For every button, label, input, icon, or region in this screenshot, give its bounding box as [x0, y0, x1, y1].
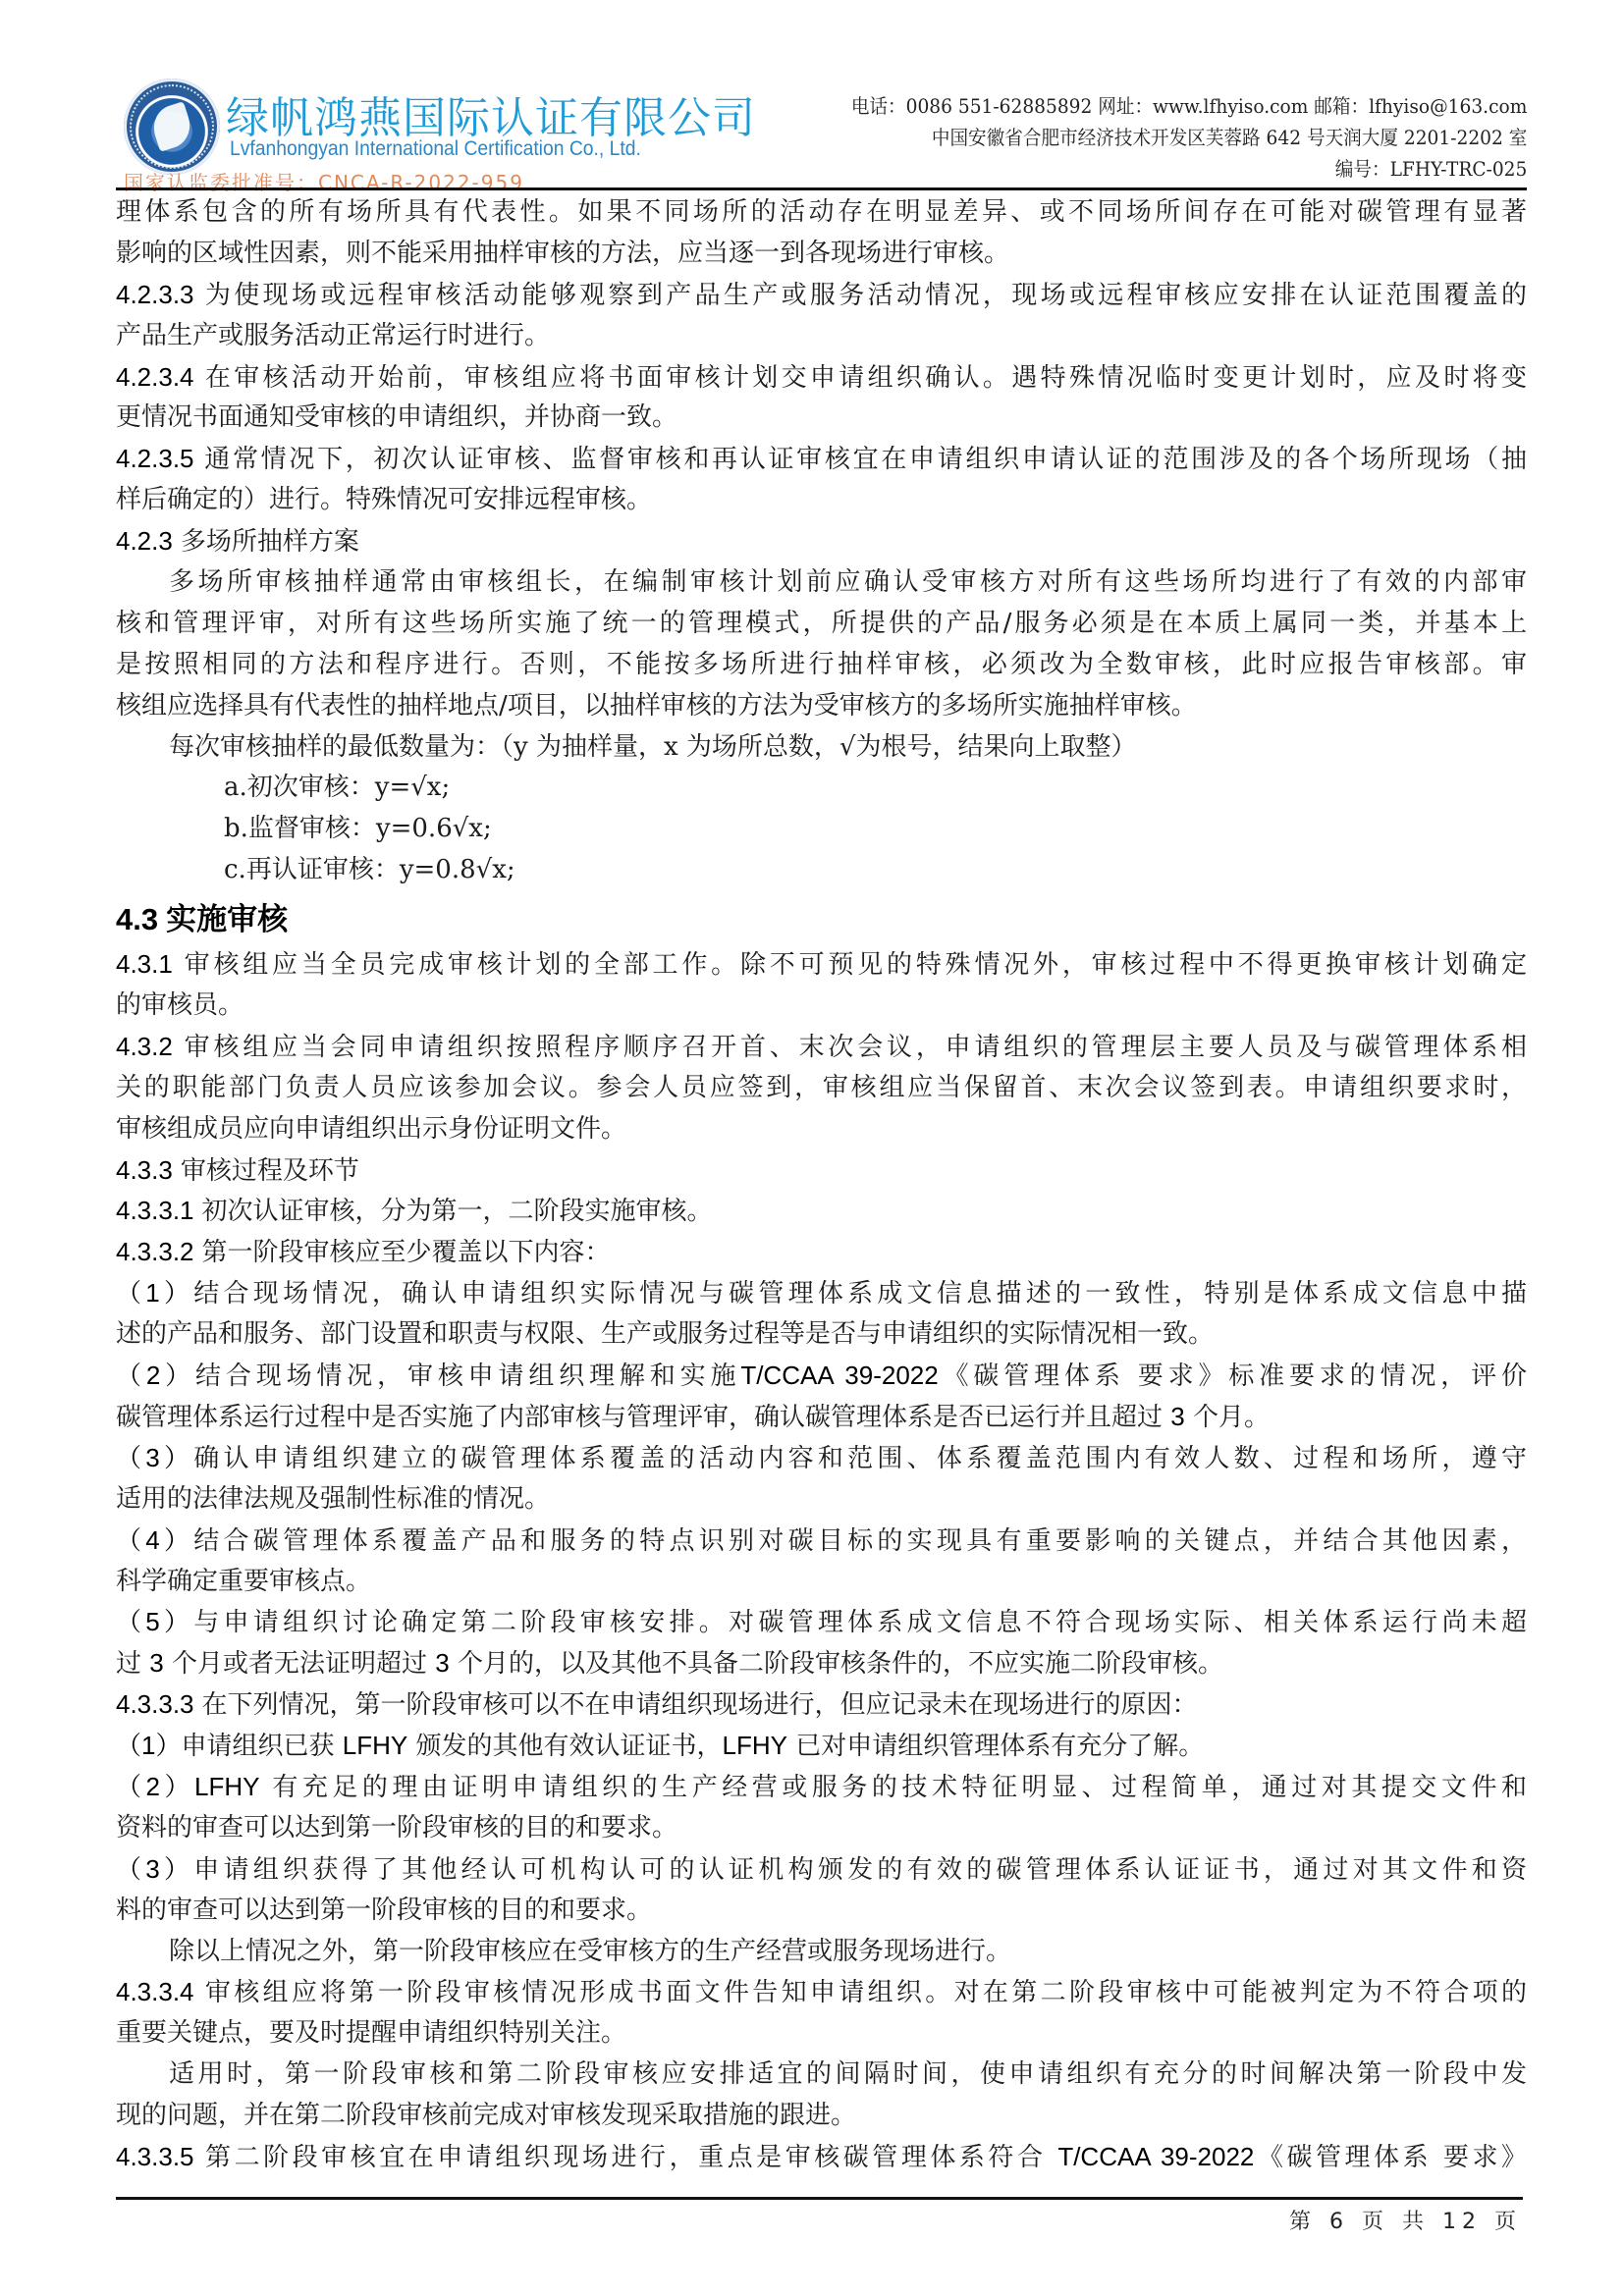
paragraph-line: 碳管理体系运行过程中是否实施了内部审核与管理评审，确认碳管理体系是否已运行并且超… — [116, 1397, 1527, 1438]
standard-code: T/CCAA 39-2022 — [740, 1361, 938, 1390]
clause-text: 审核组应将第一阶段审核情况形成书面文件告知申请组织。对在第二阶段审核中可能被判定… — [202, 1978, 1527, 2007]
paragraph-line: 除以上情况之外，第一阶段审核应在受审核方的生产经营或服务现场进行。 — [116, 1932, 1527, 1973]
cnca-label: 国家认监委批准号： — [124, 171, 318, 194]
header-rule — [116, 187, 1527, 190]
clause-4-3-3-3: 4.3.3.3在下列情况，第一阶段审核可以不在申请组织现场进行，但应记录未在现场… — [116, 1684, 1527, 1726]
clause-number: 4.3.3.5 — [116, 2142, 194, 2171]
paragraph-line: 是按照相同的方法和程序进行。否则，不能按多场所进行抽样审核，必须改为全数审核，此… — [116, 645, 1527, 686]
clause-number: 4.2.3.5 — [116, 444, 194, 473]
sampling-intro: 每次审核抽样的最低数量为：（y 为抽样量，x 为场所总数，√为根号，结果向上取整… — [116, 727, 1527, 769]
formula-initial: a.初次审核：y=√x; — [116, 768, 1527, 809]
list-marker: （2） — [116, 1361, 195, 1390]
clause-number: 4.3.3.1 — [116, 1196, 194, 1225]
subheading-4-3-3: 4.3.3审核过程及环节 — [116, 1150, 1527, 1192]
paragraph-line: 现的问题，并在第二阶段审核前完成对审核发现采取措施的跟进。 — [116, 2096, 1527, 2137]
section-heading-4-3: 4.3实施审核 — [116, 895, 1527, 944]
clause-text: 第二阶段审核宜在申请组织现场进行，重点是审核碳管理体系符合 — [202, 2143, 1047, 2172]
org-abbrev: LFHY — [723, 1731, 787, 1760]
list-marker: （4） — [116, 1525, 193, 1555]
clause-number: 4.2.3.4 — [116, 362, 194, 392]
clause-text: 审核组应当会同申请组织按照程序顺序召开首、末次会议，申请组织的管理层主要人员及与… — [181, 1033, 1527, 1062]
standard-code: T/CCAA 39-2022 — [1057, 2142, 1254, 2171]
paragraph-line: 料的审查可以达到第一阶段审核的目的和要求。 — [116, 1891, 1527, 1932]
cnca-approval: 国家认监委批准号：CNCA-R-2022-959 — [124, 167, 524, 195]
formula-recertification: c.再认证审核：y=0.8√x; — [116, 850, 1527, 891]
clause-text: 在下列情况，第一阶段审核可以不在申请组织现场进行，但应记录未在现场进行的原因： — [202, 1690, 1198, 1720]
list-item-4: （4）结合碳管理体系覆盖产品和服务的特点识别对碳目标的实现具有重要影响的关键点，… — [116, 1521, 1527, 1562]
paragraph-line: 过 3 个月或者无法证明超过 3 个月的，以及其他不具备二阶段审核条件的，不应实… — [116, 1643, 1527, 1684]
page-header: 绿帆鸿燕国际认证有限公司 Lvfanhongyan International … — [116, 61, 1527, 190]
condition-item-1: （1）申请组织已获 LFHY 颁发的其他有效认证证书，LFHY 已对申请组织管理… — [116, 1726, 1527, 1767]
paragraph-line: 的审核员。 — [116, 986, 1527, 1027]
paragraph-line: 多场所审核抽样通常由审核组长，在编制审核计划前应确认受审核方对所有这些场所均进行… — [116, 562, 1527, 604]
paragraph-line: 核组应选择具有代表性的抽样地点/项目，以抽样审核的方法为受审核方的多场所实施抽样… — [116, 686, 1527, 727]
condition-item-3: （3）申请组织获得了其他经认可机构认可的认证机构颁发的有效的碳管理体系认证证书，… — [116, 1849, 1527, 1891]
list-text: 确认申请组织建立的碳管理体系覆盖的活动内容和范围、体系覆盖范围内有效人数、过程和… — [193, 1444, 1527, 1473]
formula-surveillance: b.监督审核：y=0.6√x; — [116, 809, 1527, 850]
clause-number: 4.3.2 — [116, 1032, 173, 1061]
list-text: 结合碳管理体系覆盖产品和服务的特点识别对碳目标的实现具有重要影响的关键点，并结合… — [193, 1526, 1527, 1556]
subheading-title: 多场所抽样方案 — [181, 527, 359, 557]
clause-text: 在审核活动开始前，审核组应将书面审核计划交申请组织确认。遇特殊情况临时变更计划时… — [202, 363, 1527, 393]
paragraph-line: 资料的审查可以达到第一阶段审核的目的和要求。 — [116, 1808, 1527, 1849]
list-marker: （1） — [116, 1278, 193, 1308]
list-marker: （1） — [116, 1731, 181, 1760]
list-text: 与申请组织讨论确定第二阶段审核安排。对碳管理体系成文信息不符合现场实际、相关体系… — [193, 1608, 1527, 1637]
contact-block: 电话：0086 551-62885892 网址：www.lfhyiso.com … — [800, 90, 1527, 185]
list-text: 结合现场情况，确认申请组织实际情况与碳管理体系成文信息描述的一致性，特别是体系成… — [193, 1279, 1527, 1308]
clause-number: 4.3.3.2 — [116, 1237, 194, 1266]
list-text: 结合现场情况，审核申请组织理解和实施 — [195, 1362, 740, 1391]
list-text: 个月。 — [1193, 1403, 1270, 1432]
clause-number: 4.3.3 — [116, 1155, 173, 1185]
list-text: 申请组织获得了其他经认可机构认可的认证机构颁发的有效的碳管理体系认证证书，通过对… — [193, 1855, 1527, 1885]
clause-4-2-3-4: 4.2.3.4在审核活动开始前，审核组应将书面审核计划交申请组织确认。遇特殊情况… — [116, 357, 1527, 399]
paragraph-line: 审核组成员应向申请组织出示身份证明文件。 — [116, 1109, 1527, 1150]
list-text: 个月的，以及其他不具备二阶段审核条件的，不应实施二阶段审核。 — [458, 1649, 1223, 1679]
clause-number: 4.3.3.3 — [116, 1689, 194, 1719]
org-abbrev: LFHY — [194, 1772, 259, 1801]
clause-text: 为使现场或远程审核活动能够观察到产品生产或服务活动情况，现场或远程审核应安排在认… — [202, 281, 1527, 310]
paragraph-line: 适用的法律法规及强制性标准的情况。 — [116, 1479, 1527, 1521]
list-text: 申请组织已获 — [181, 1732, 334, 1761]
clause-4-2-3-5: 4.2.3.5通常情况下，初次认证审核、监督审核和再认证审核宜在申请组织申请认证… — [116, 439, 1527, 480]
paragraph-line: 理体系包含的所有场所具有代表性。如果不同场所的活动存在明显差异、或不同场所间存在… — [116, 192, 1527, 234]
list-marker: （3） — [116, 1443, 193, 1472]
list-item-1: （1）结合现场情况，确认申请组织实际情况与碳管理体系成文信息描述的一致性，特别是… — [116, 1273, 1527, 1314]
org-abbrev: LFHY — [343, 1731, 407, 1760]
document-body: 理体系包含的所有场所具有代表性。如果不同场所的活动存在明显差异、或不同场所间存在… — [116, 192, 1527, 2178]
clause-4-3-2: 4.3.2审核组应当会同申请组织按照程序顺序召开首、末次会议，申请组织的管理层主… — [116, 1027, 1527, 1068]
doc-code-line: 编号：LFHY-TRC-025 — [850, 153, 1527, 185]
paragraph-line: 核和管理评审，对所有这些场所实施了统一的管理模式，所提供的产品/服务必须是在本质… — [116, 604, 1527, 645]
clause-4-2-3-3: 4.2.3.3为使现场或远程审核活动能够观察到产品生产或服务活动情况，现场或远程… — [116, 275, 1527, 316]
list-item-5: （5）与申请组织讨论确定第二阶段审核安排。对碳管理体系成文信息不符合现场实际、相… — [116, 1602, 1527, 1643]
company-name-en: Lvfanhongyan International Certification… — [230, 137, 641, 161]
paragraph-line: 科学确定重要审核点。 — [116, 1562, 1527, 1603]
clause-text: 初次认证审核，分为第一，二阶段实施审核。 — [202, 1197, 713, 1226]
company-name-cn: 绿帆鸿燕国际认证有限公司 — [226, 82, 756, 145]
list-text: 碳管理体系运行过程中是否实施了内部审核与管理评审，确认碳管理体系是否已运行并且超… — [116, 1403, 1163, 1432]
list-item-3: （3）确认申请组织建立的碳管理体系覆盖的活动内容和范围、体系覆盖范围内有效人数、… — [116, 1438, 1527, 1479]
paragraph-line: 样后确定的）进行。特殊情况可安排远程审核。 — [116, 480, 1527, 521]
paragraph-line: 述的产品和服务、部门设置和职责与权限、生产或服务过程等是否与申请组织的实际情况相… — [116, 1314, 1527, 1356]
list-marker: （5） — [116, 1607, 193, 1636]
clause-text: 《碳管理体系 要求》 — [1254, 2143, 1527, 2172]
company-seal-logo-icon — [124, 79, 220, 175]
clause-4-3-3-4: 4.3.3.4审核组应将第一阶段审核情况形成书面文件告知申请组织。对在第二阶段审… — [116, 1972, 1527, 2013]
list-marker: （2） — [116, 1772, 194, 1801]
paragraph-line: 影响的区域性因素，则不能采用抽样审核的方法，应当逐一到各现场进行审核。 — [116, 234, 1527, 275]
paragraph-line: 产品生产或服务活动正常运行时进行。 — [116, 316, 1527, 357]
list-text: 颁发的其他有效认证证书， — [415, 1732, 722, 1761]
list-text: 个月或者无法证明超过 — [172, 1649, 427, 1679]
list-text: 《碳管理体系 要求》标准要求的情况，评价 — [939, 1362, 1527, 1391]
paragraph-line: 关的职能部门负责人员应该参加会议。参会人员应签到，审核组应当保留首、末次会议签到… — [116, 1068, 1527, 1109]
list-item-2: （2）结合现场情况，审核申请组织理解和实施T/CCAA 39-2022《碳管理体… — [116, 1356, 1527, 1397]
list-text: 过 — [116, 1649, 141, 1679]
clause-4-3-3-2: 4.3.3.2第一阶段审核应至少覆盖以下内容： — [116, 1232, 1527, 1273]
section-title: 实施审核 — [166, 902, 288, 937]
paragraph-line: 更情况书面通知受审核的申请组织，并协商一致。 — [116, 398, 1527, 439]
section-number: 4.3 — [116, 902, 158, 936]
subheading-4-2-3: 4.2.3多场所抽样方案 — [116, 521, 1527, 562]
paragraph-line: 重要关键点，要及时提醒申请组织特别关注。 — [116, 2013, 1527, 2055]
clause-number: 4.2.3.3 — [116, 280, 194, 309]
month-count: 3 — [149, 1648, 163, 1678]
list-marker: （3） — [116, 1854, 193, 1884]
subheading-title: 审核过程及环节 — [181, 1156, 359, 1186]
footer-rule — [116, 2197, 1523, 2200]
address-line: 中国安徽省合肥市经济技术开发区芙蓉路 642 号天润大厦 2201-2202 室 — [850, 122, 1527, 153]
list-text: 有充足的理由证明申请组织的生产经营或服务的技术特征明显、过程简单，通过对其提交文… — [272, 1773, 1527, 1802]
clause-4-3-3-5: 4.3.3.5第二阶段审核宜在申请组织现场进行，重点是审核碳管理体系符合 T/C… — [116, 2137, 1527, 2178]
contact-line: 电话：0086 551-62885892 网址：www.lfhyiso.com … — [850, 90, 1527, 122]
clause-number: 4.3.1 — [116, 949, 173, 979]
condition-item-2: （2）LFHY 有充足的理由证明申请组织的生产经营或服务的技术特征明显、过程简单… — [116, 1767, 1527, 1808]
clause-4-3-1: 4.3.1审核组应当全员完成审核计划的全部工作。除不可预见的特殊情况外，审核过程… — [116, 944, 1527, 986]
clause-number: 4.3.3.4 — [116, 1977, 194, 2006]
clause-4-3-3-1: 4.3.3.1初次认证审核，分为第一，二阶段实施审核。 — [116, 1191, 1527, 1232]
month-count: 3 — [435, 1648, 449, 1678]
clause-number: 4.2.3 — [116, 526, 173, 556]
page-number: 第 6 页 共 12 页 — [1289, 2205, 1522, 2235]
clause-text: 审核组应当全员完成审核计划的全部工作。除不可预见的特殊情况外，审核过程中不得更换… — [181, 950, 1527, 980]
clause-text: 第一阶段审核应至少覆盖以下内容： — [202, 1238, 611, 1267]
paragraph-line: 适用时，第一阶段审核和第二阶段审核应安排适宜的间隔时间，使申请组织有充分的时间解… — [116, 2055, 1527, 2096]
clause-text: 通常情况下，初次认证审核、监督审核和再认证审核宜在申请组织申请认证的范围涉及的各… — [202, 445, 1527, 474]
list-text: 已对申请组织管理体系有充分了解。 — [795, 1732, 1204, 1761]
cnca-code: CNCA-R-2022-959 — [318, 171, 524, 194]
month-count: 3 — [1170, 1402, 1184, 1431]
